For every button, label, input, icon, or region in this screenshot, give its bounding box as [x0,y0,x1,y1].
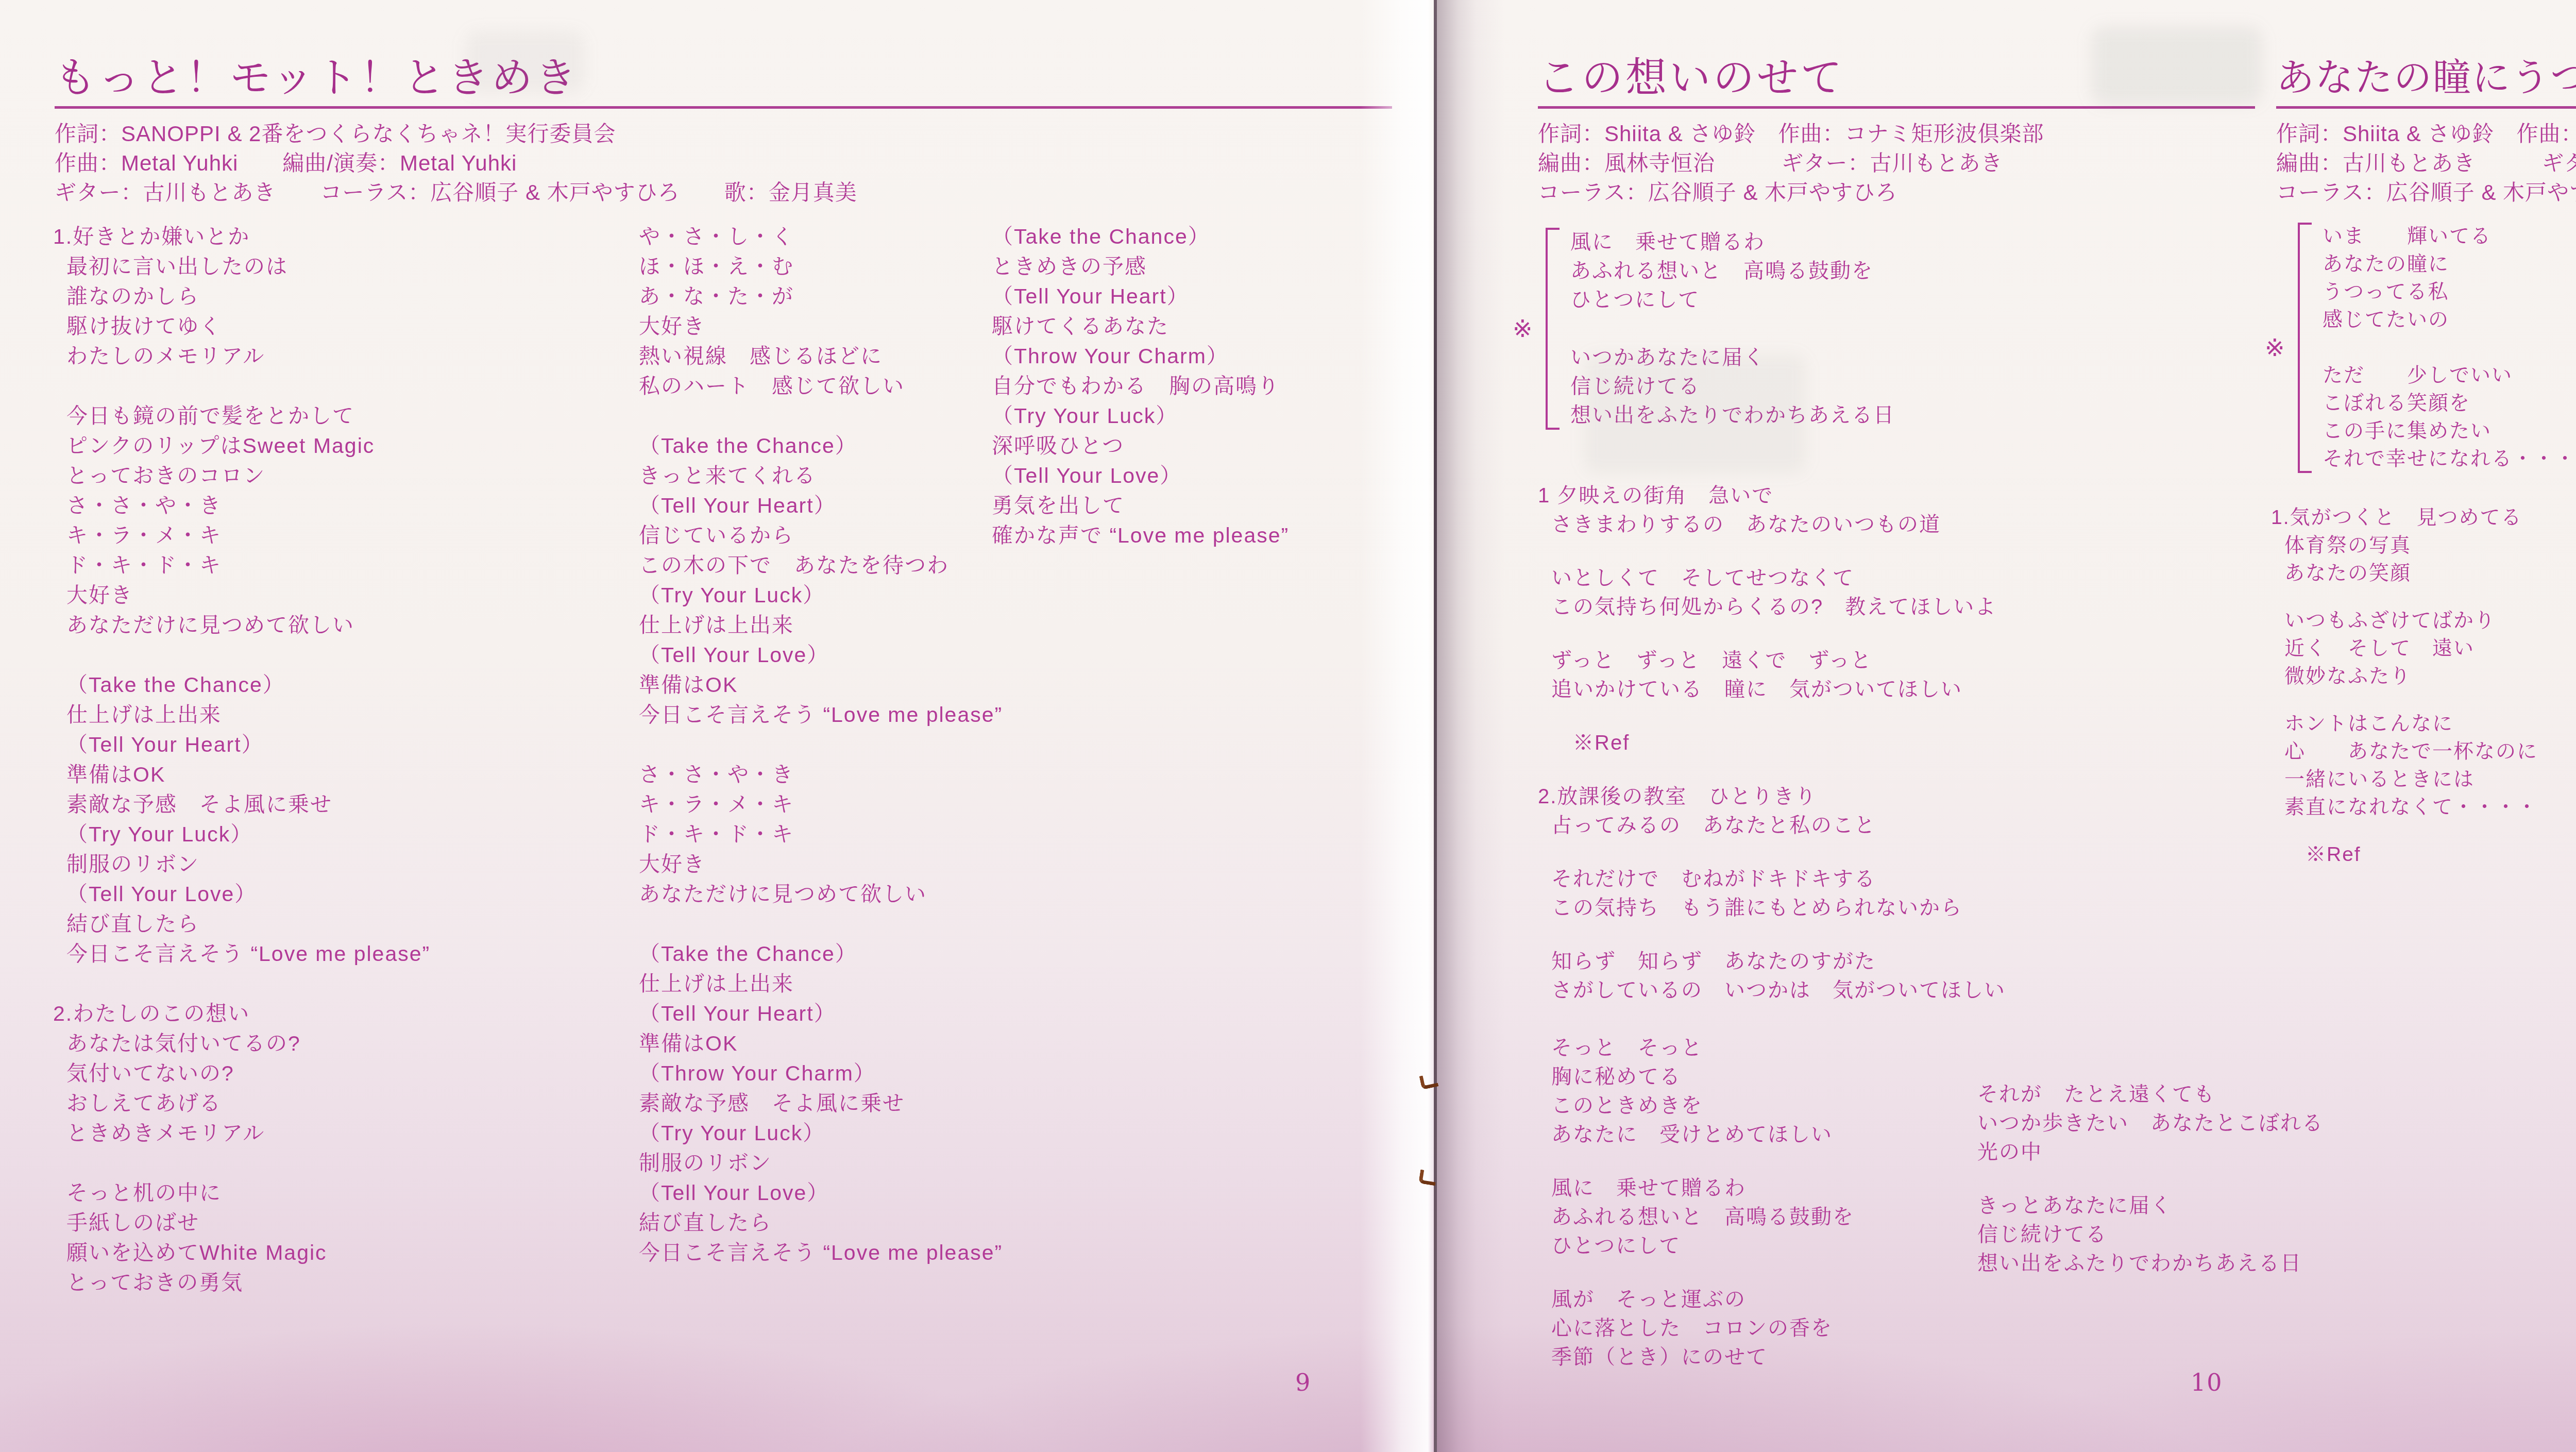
lyric-line: 占ってみるの あなたと私のこと [1538,811,2006,840]
lyric-line: 誰なのかしら [53,281,430,311]
stanza: （Take the Chance）仕上げは上出来（Tell Your Heart… [53,670,430,969]
lyric-line: あふれる想いと 高鳴る鼓動を [1538,1203,2006,1231]
lyric-line: あなたに 受けとめてほしい [1538,1120,2006,1149]
lyric-line: （Tell Your Heart） [992,281,1289,311]
lyric-line: 深呼吸ひとつ [992,431,1289,461]
lyric-line: 結び直したら [53,909,430,939]
lyric-line: きっとあなたに届く [1977,1191,2324,1220]
fold-shadow [1437,0,1505,1452]
song-title-anata-no-hitomi: あなたの瞳にうつる時間（とき） [2276,47,2576,102]
stanza: 1.気がつくと 見つめてる体育祭の写真あなたの笑顔 [2271,504,2576,587]
lyric-line: 仕上げは上出来 [639,969,1003,999]
lyric-line: ※Ref [2271,841,2576,869]
stanza: それだけで むねがドキドキするこの気持ち もう誰にもとめられないから [1538,865,2006,922]
lyric-line: （Tell Your Love） [639,1178,1003,1208]
lyric-line: 制服のリボン [639,1148,1003,1178]
lyric-line: 心 あなたで一杯なのに [2271,738,2576,766]
scan-ghost-artifact [466,31,584,93]
lyric-line: （Try Your Luck） [639,1118,1003,1148]
lyric-line: それが たとえ遠くても [1977,1080,2324,1109]
lyric-line: 大好き [53,580,430,610]
lyric-line: （Try Your Luck） [53,819,430,849]
lyric-line: 風が そっと運ぶの [1538,1285,2006,1314]
lyric-line: 確かな声で “Love me please” [992,520,1289,550]
lyric-line: ひとつにして [1570,285,2006,314]
lyric-line: （Try Your Luck） [639,580,1003,610]
lyric-line: 願いを込めてWhite Magic [53,1238,430,1268]
lyric-line: それだけで むねがドキドキする [1538,865,2006,893]
lyric-line: （Take the Chance） [639,939,1003,969]
lyric-line: ※Ref [1538,729,2006,757]
lyric-line: （Tell Your Love） [992,461,1289,491]
ref-asterisk-mark: ※ [2265,334,2285,362]
lyric-line: や・さ・し・く [639,222,1003,251]
stanza: それが たとえ遠くてもいつか歩きたい あなたとこぼれる光の中 [1977,1080,2324,1167]
lyric-line: 準備はOK [53,759,430,789]
credits-block: 作詞：Shiita & さゆ鈴 作曲：コナミ矩形波倶楽部編曲：風林寺恒治 ギター… [1538,119,2044,207]
lyric-line: さがしているの いつかは 気がついてほしい [1538,976,2006,1005]
lyric-line: とっておきのコロン [53,461,430,491]
lyrics-column: 1.好きとか嫌いとか最初に言い出したのは誰なのかしら駆け抜けてゆくわたしのメモリ… [53,222,430,1327]
stanza: そっと そっと胸に秘めてるこのときめきをあなたに 受けとめてほしい [1538,1034,2006,1149]
lyric-line: おしえてあげる [53,1088,430,1118]
credits-block: 作詞：Shiita & さゆ鈴 作曲：コナミ矩形波倶楽部編曲：古川もとあき ギタ… [2276,119,2576,207]
stanza: や・さ・し・くほ・ほ・え・むあ・な・た・が大好き熱い視線 感じるほどに私のハート… [639,222,1003,401]
lyric-line: 素直になれなくて・・・・ [2271,793,2576,821]
lyric-line: 制服のリボン [53,849,430,879]
lyric-line: さ・さ・や・き [53,491,430,520]
lyric-line: 私のハート 感じて欲しい [639,371,1003,401]
lyric-line [1570,314,2006,343]
lyric-line: ピンクのリップはSweet Magic [53,431,430,461]
lyric-line: ド・キ・ド・キ [639,819,1003,849]
stanza: ※Ref [1538,729,2006,757]
lyric-line: 1.気がつくと 見つめてる [2271,504,2576,532]
lyrics-column: や・さ・し・くほ・ほ・え・むあ・な・た・が大好き熱い視線 感じるほどに私のハート… [639,222,1003,1297]
lyric-line: きっと来てくれる [639,461,1003,491]
stanza: きっとあなたに届く信じ続けてる想い出をふたりでわかちあえる日 [1977,1191,2324,1278]
stanza: 風が そっと運ぶの心に落とした コロンの香を季節（とき）にのせて [1538,1285,2006,1372]
lyric-line: 熱い視線 感じるほどに [639,341,1003,371]
lyric-line: そっと そっと [1538,1034,2006,1062]
lyric-line: 大好き [639,849,1003,879]
lyric-line: （Tell Your Love） [53,879,430,909]
title-rule [1538,106,2255,109]
lyric-line: ただ 少しでいい [2323,362,2576,390]
lyric-line: さきまわりするの あなたのいつもの道 [1538,510,2006,539]
stanza: （Take the Chance）仕上げは上出来（Tell Your Heart… [639,939,1003,1268]
lyric-line: あなたの瞳に [2323,250,2576,278]
lyric-line: キ・ラ・メ・キ [53,520,430,550]
lyric-line: 心に落とした コロンの香を [1538,1314,2006,1343]
lyric-line: 2.わたしのこの想い [53,999,430,1028]
lyrics-column: それが たとえ遠くてもいつか歩きたい あなたとこぼれる光の中きっとあなたに届く信… [1977,1080,2324,1303]
lyric-line: あなたの笑顔 [2271,560,2576,587]
lyric-line: 知らず 知らず あなたのすがた [1538,947,2006,976]
credit-line: コーラス：広谷順子 & 木戸やすひろ [1538,178,2044,207]
lyric-line: そっと机の中に [53,1178,430,1208]
refrain-bracket-stanza: ※いま 輝いてるあなたの瞳にうつってる私感じてたいのただ 少しでいいこぼれる笑顔… [2298,223,2576,473]
credit-line: コーラス：広谷順子 & 木戸やすひろ [2276,178,2576,207]
lyric-line: うつってる私 [2323,278,2576,306]
lyric-line: （Tell Your Love） [639,640,1003,670]
fold-highlight [1360,0,1435,1452]
lyric-line: 素敵な予感 そよ風に乗せ [639,1088,1003,1118]
stanza: いとしくて そしてせつなくてこの気持ち何処からくるの? 教えてほしいよ [1538,564,2006,621]
title-rule [2276,106,2576,109]
lyric-line: いま 輝いてる [2323,223,2576,250]
lyric-line: 勇気を出して [992,491,1289,520]
lyric-line: この木の下で あなたを待つわ [639,550,1003,580]
credit-line: 作詞：SANOPPI & 2番をつくらなくちゃネ！実行委員会 [55,119,857,148]
lyric-line: いとしくて そしてせつなくて [1538,564,2006,593]
lyric-line: ほ・ほ・え・む [639,251,1003,281]
lyric-line: 追いかけている 瞳に 気がついてほしい [1538,675,2006,704]
lyric-line: 今日こそ言えそう “Love me please” [53,939,430,969]
stanza: 1 夕映えの街角 急いでさきまわりするの あなたのいつもの道 [1538,481,2006,539]
lyric-line: （Try Your Luck） [992,401,1289,431]
stanza: そっと机の中に手紙しのばせ願いを込めてWhite Magicとっておきの勇気 [53,1178,430,1297]
lyric-line: 今日こそ言えそう “Love me please” [639,700,1003,730]
lyric-line: それで幸せになれる・・・・ [2323,445,2576,473]
stanza: ※Ref [2271,841,2576,869]
lyric-line: （Throw Your Charm） [992,341,1289,371]
lyrics-column: ※いま 輝いてるあなたの瞳にうつってる私感じてたいのただ 少しでいいこぼれる笑顔… [2271,223,2576,888]
lyric-line: 信じ続けてる [1977,1220,2324,1249]
lyric-line: あなたは気付いてるの? [53,1028,430,1058]
stanza: 2.わたしのこの想いあなたは気付いてるの?気付いてないの?おしえてあげるときめき… [53,999,430,1148]
staple-stitch [1418,1170,1437,1186]
lyric-line: （Take the Chance） [992,222,1289,251]
stanza: さ・さ・や・きキ・ラ・メ・キド・キ・ド・キ大好きあなただけに見つめて欲しい [639,759,1003,909]
lyric-line: あなただけに見つめて欲しい [53,610,430,640]
lyric-line: 準備はOK [639,1028,1003,1058]
lyric-line: （Tell Your Heart） [639,491,1003,520]
stanza: 知らず 知らず あなたのすがたさがしているの いつかは 気がついてほしい [1538,947,2006,1005]
stanza: 2.放課後の教室 ひとりきり占ってみるの あなたと私のこと [1538,782,2006,840]
stanza: いつもふざけてばかり近く そして 遠い微妙なふたり [2271,607,2576,690]
lyrics-column: （Take the Chance）ときめきの予感（Tell Your Heart… [992,222,1289,580]
credit-line: 作詞：Shiita & さゆ鈴 作曲：コナミ矩形波倶楽部 [1538,119,2044,148]
credit-line: 編曲：風林寺恒治 ギター：古川もとあき [1538,148,2044,178]
credit-line: 作詞：Shiita & さゆ鈴 作曲：コナミ矩形波倶楽部 [2276,119,2576,148]
lyric-line: ときめきメモリアル [53,1118,430,1148]
lyric-line: （Tell Your Heart） [639,999,1003,1028]
lyric-line: 想い出をふたりでわかちあえる日 [1977,1249,2324,1278]
page-number: 10 [2191,1369,2223,1396]
lyric-line: 微妙なふたり [2271,663,2576,690]
lyric-line: 大好き [639,311,1003,341]
lyric-line: キ・ラ・メ・キ [639,789,1003,819]
lyric-line: この気持ち何処からくるの? 教えてほしいよ [1538,593,2006,621]
lyric-line: いつか歩きたい あなたとこぼれる [1977,1109,2324,1138]
lyric-line: あふれる想いと 高鳴る鼓動を [1570,257,2006,285]
stanza: 1.好きとか嫌いとか最初に言い出したのは誰なのかしら駆け抜けてゆくわたしのメモリ… [53,222,430,371]
lyric-line [2323,334,2576,362]
lyric-line: 気付いてないの? [53,1058,430,1088]
credit-line: ギター：古川もとあき コーラス：広谷順子 & 木戸やすひろ 歌：金月真美 [55,178,857,207]
credits-block: 作詞：SANOPPI & 2番をつくらなくちゃネ！実行委員会作曲：Metal Y… [55,119,857,207]
booklet-scan: もっと！モット！ときめき 作詞：SANOPPI & 2番をつくらなくちゃネ！実行… [0,0,2576,1452]
lyric-line: 信じているから [639,520,1003,550]
lyric-line: 準備はOK [639,670,1003,700]
lyric-line: このときめきを [1538,1091,2006,1120]
lyric-line: 駆け抜けてゆく [53,311,430,341]
lyric-line: ド・キ・ド・キ [53,550,430,580]
lyric-line: 季節（とき）にのせて [1538,1343,2006,1372]
lyric-line: この手に集めたい [2323,417,2576,445]
lyric-line: （Tell Your Heart） [53,730,430,759]
lyric-line: 体育祭の写真 [2271,532,2576,560]
lyric-line: （Take the Chance） [639,431,1003,461]
lyric-line: ひとつにして [1538,1231,2006,1260]
lyric-line: （Take the Chance） [53,670,430,700]
lyric-line: ときめきの予感 [992,251,1289,281]
stanza: ずっと ずっと 遠くで ずっと追いかけている 瞳に 気がついてほしい [1538,646,2006,704]
lyric-line: 自分でもわかる 胸の高鳴り [992,371,1289,401]
lyric-line: この気持ち もう誰にもとめられないから [1538,893,2006,922]
title-rule [55,106,1392,109]
lyric-line: 1 夕映えの街角 急いで [1538,481,2006,510]
scan-ghost-artifact [1584,354,1806,473]
lyric-line: さ・さ・や・き [639,759,1003,789]
lyric-line: 2.放課後の教室 ひとりきり [1538,782,2006,811]
lyric-line: 風に 乗せて贈るわ [1570,228,2006,257]
page-number: 9 [1295,1369,1311,1396]
lyric-line: ホントはこんなに [2271,710,2576,738]
lyric-line: ずっと ずっと 遠くで ずっと [1538,646,2006,675]
lyric-line: こぼれる笑顔を [2323,390,2576,417]
stanza: 今日も鏡の前で髪をとかしてピンクのリップはSweet Magicとっておきのコロ… [53,401,430,640]
stanza: 風に 乗せて贈るわあふれる想いと 高鳴る鼓動をひとつにして [1538,1174,2006,1260]
lyric-line: 今日も鏡の前で髪をとかして [53,401,430,431]
credit-line: 作曲：Metal Yuhki 編曲/演奏：Metal Yuhki [55,148,857,178]
lyric-line: 仕上げは上出来 [639,610,1003,640]
lyric-line: 一緒にいるときには [2271,766,2576,793]
lyric-line: 駆けてくるあなた [992,311,1289,341]
lyric-line: いつもふざけてばかり [2271,607,2576,635]
stanza: ホントはこんなに心 あなたで一杯なのに一緒にいるときには素直になれなくて・・・・ [2271,710,2576,821]
lyric-line: 素敵な予感 そよ風に乗せ [53,789,430,819]
lyric-line: 仕上げは上出来 [53,700,430,730]
lyric-line: 風に 乗せて贈るわ [1538,1174,2006,1203]
lyric-line: 最初に言い出したのは [53,251,430,281]
lyric-line: 結び直したら [639,1208,1003,1238]
lyric-line: あ・な・た・が [639,281,1003,311]
scan-ghost-artifact [2092,27,2262,104]
credit-line: 編曲：古川もとあき ギター：古川もとあき [2276,148,2576,178]
lyric-line: あなただけに見つめて欲しい [639,879,1003,909]
lyric-line: とっておきの勇気 [53,1268,430,1297]
song-title-kono-omoi-nosete: この想いのせて [1538,44,1844,104]
stanza: （Take the Chance）ときめきの予感（Tell Your Heart… [992,222,1289,550]
lyric-line: 光の中 [1977,1138,2324,1167]
lyric-line: 近く そして 遠い [2271,635,2576,663]
lyric-line: 1.好きとか嫌いとか [53,222,430,251]
lyric-line: 手紙しのばせ [53,1208,430,1238]
ref-asterisk-mark: ※ [1513,314,1533,343]
lyric-line: 今日こそ言えそう “Love me please” [639,1238,1003,1268]
stanza: （Take the Chance）きっと来てくれる（Tell Your Hear… [639,431,1003,730]
lyric-line: わたしのメモリアル [53,341,430,371]
lyric-line: 胸に秘めてる [1538,1062,2006,1091]
lyric-line: 感じてたいの [2323,306,2576,334]
lyric-line: （Throw Your Charm） [639,1058,1003,1088]
